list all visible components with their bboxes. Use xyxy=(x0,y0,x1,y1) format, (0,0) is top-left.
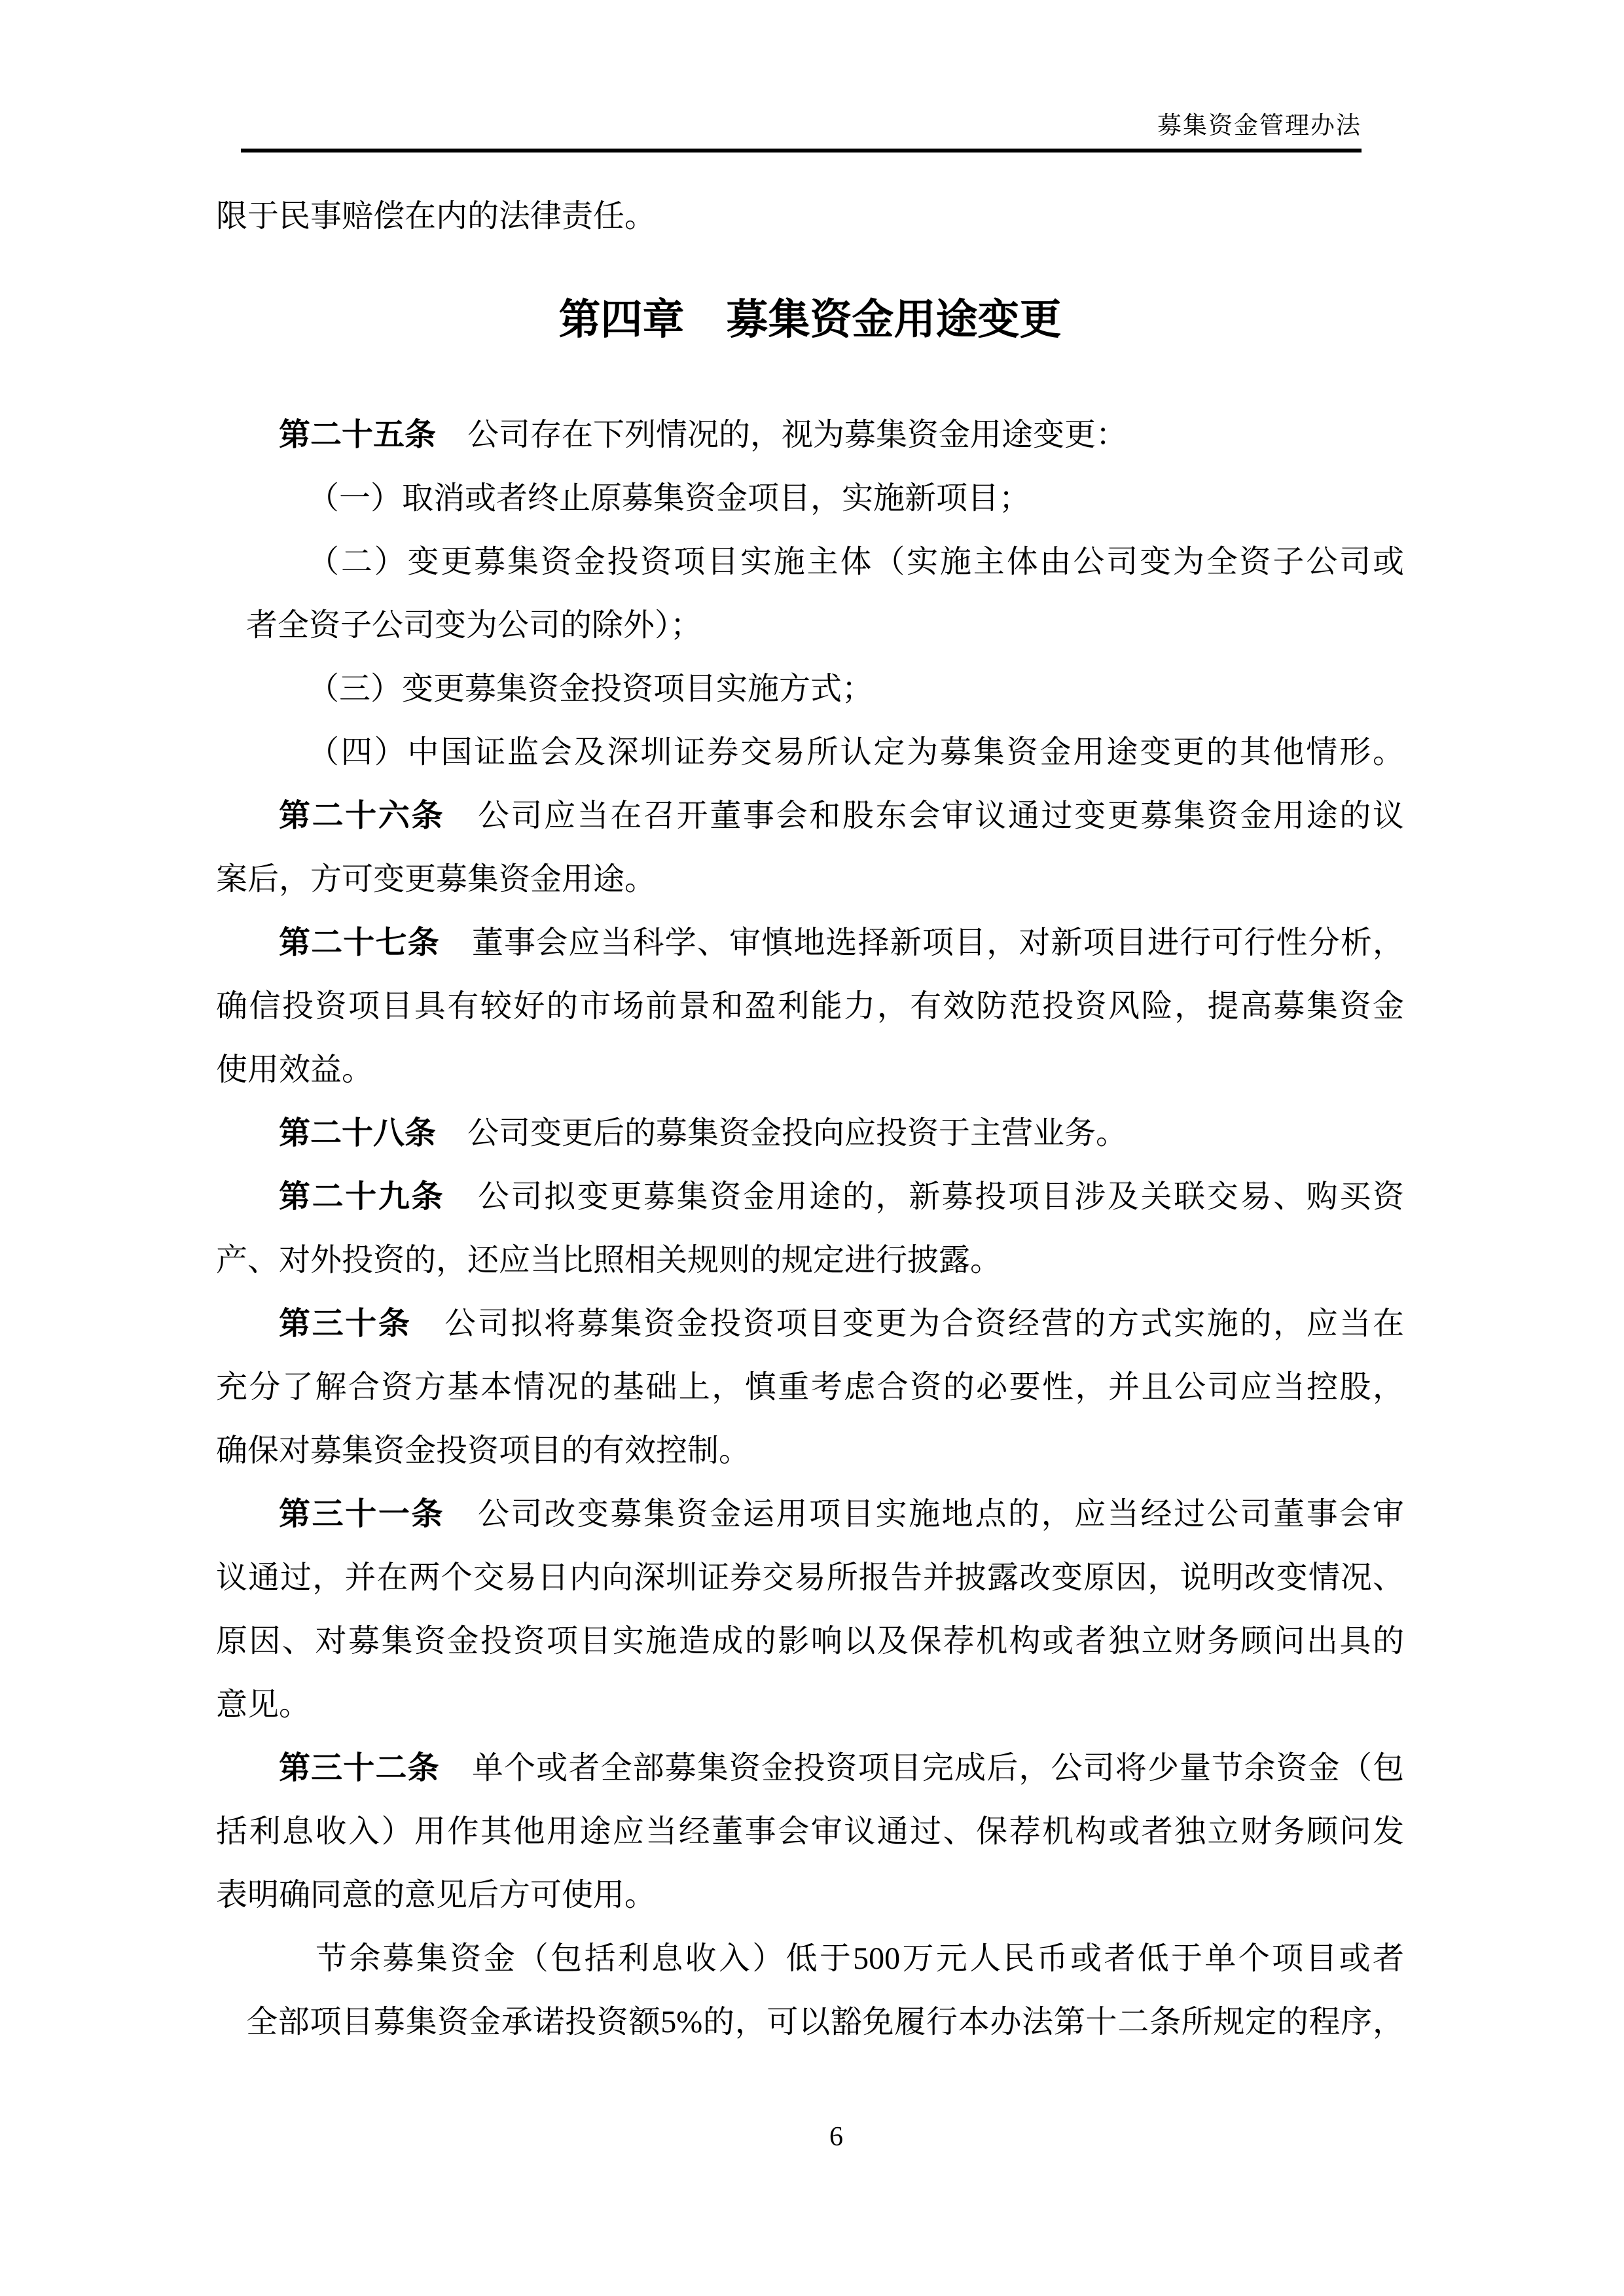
page-number: 6 xyxy=(242,2121,1430,2153)
body-line: 议通过，并在两个交易日内向深圳证券交易所报告并披露改变原因，说明改变情况、 xyxy=(216,1546,1404,1609)
body-line: 表明确同意的意见后方可使用。 xyxy=(216,1863,1404,1927)
article-opening-line: 第二十七条 董事会应当科学、审慎地选择新项目，对新项目进行可行性分析， xyxy=(216,911,1404,975)
document-page: 募集资金管理办法 限于民事赔偿在内的法律责任。第四章 募集资金用途变更第二十五条… xyxy=(0,0,1624,2296)
article-opening-line: 第二十六条 公司应当在召开董事会和股东会审议通过变更募集资金用途的议 xyxy=(216,784,1404,848)
article-number: 第三十二条 xyxy=(279,1751,440,1785)
article-number: 第三十一条 xyxy=(279,1497,444,1532)
body-line: 案后，方可变更募集资金用途。 xyxy=(216,848,1404,911)
body-line: 意见。 xyxy=(216,1673,1404,1736)
body-line: 充分了解合资方基本情况的基础上，慎重考虑合资的必要性，并且公司应当控股， xyxy=(216,1355,1404,1419)
article-opening-line: 第二十八条 公司变更后的募集资金投向应投资于主营业务。 xyxy=(216,1102,1404,1165)
list-item-line: （一）取消或者终止原募集资金项目，实施新项目； xyxy=(216,467,1404,530)
article-opening-line: 第三十二条 单个或者全部募集资金投资项目完成后，公司将少量节余资金（包 xyxy=(216,1736,1404,1800)
chapter-title: 第四章 募集资金用途变更 xyxy=(216,278,1404,363)
article-opening-line: 第三十一条 公司改变募集资金运用项目实施地点的，应当经过公司董事会审 xyxy=(216,1482,1404,1546)
body-line: 确信投资项目具有较好的市场前景和盈利能力，有效防范投资风险，提高募集资金 xyxy=(216,975,1404,1038)
header-title: 募集资金管理办法 xyxy=(241,110,1362,143)
body-line: 限于民事赔偿在内的法律责任。 xyxy=(216,185,1404,248)
header-divider xyxy=(241,149,1362,152)
article-number: 第三十条 xyxy=(279,1306,412,1341)
body-line: 节余募集资金（包括利息收入）低于500万元人民币或者低于单个项目或者 xyxy=(216,1927,1404,1990)
body-line: 确保对募集资金投资项目的有效控制。 xyxy=(216,1419,1404,1482)
article-number: 第二十六条 xyxy=(279,798,444,833)
list-item-line: （二）变更募集资金投资项目实施主体（实施主体由公司变为全资子公司或 xyxy=(216,530,1404,594)
body-line: 括利息收入）用作其他用途应当经董事会审议通过、保荐机构或者独立财务顾问发 xyxy=(216,1800,1404,1863)
list-item-line: （四）中国证监会及深圳证券交易所认定为募集资金用途变更的其他情形。 xyxy=(216,721,1404,784)
article-opening-line: 第二十九条 公司拟变更募集资金用途的，新募投项目涉及关联交易、购买资 xyxy=(216,1165,1404,1229)
article-opening-line: 第三十条 公司拟将募集资金投资项目变更为合资经营的方式实施的，应当在 xyxy=(216,1292,1404,1355)
body-line: 使用效益。 xyxy=(216,1038,1404,1102)
body-line: 产、对外投资的，还应当比照相关规则的规定进行披露。 xyxy=(216,1229,1404,1292)
body-line: 原因、对募集资金投资项目实施造成的影响以及保荐机构或者独立财务顾问出具的 xyxy=(216,1609,1404,1673)
body-line: 者全资子公司变为公司的除外）； xyxy=(216,594,1404,657)
article-number: 第二十七条 xyxy=(279,925,440,960)
article-number: 第二十八条 xyxy=(279,1116,436,1151)
article-number: 第二十五条 xyxy=(279,418,436,452)
body-line: 全部项目募集资金承诺投资额5%的，可以豁免履行本办法第十二条所规定的程序， xyxy=(216,1990,1404,2054)
document-body: 限于民事赔偿在内的法律责任。第四章 募集资金用途变更第二十五条 公司存在下列情况… xyxy=(216,185,1404,2054)
article-opening-line: 第二十五条 公司存在下列情况的，视为募集资金用途变更： xyxy=(216,403,1404,467)
article-number: 第二十九条 xyxy=(279,1179,444,1214)
list-item-line: （三）变更募集资金投资项目实施方式； xyxy=(216,657,1404,721)
